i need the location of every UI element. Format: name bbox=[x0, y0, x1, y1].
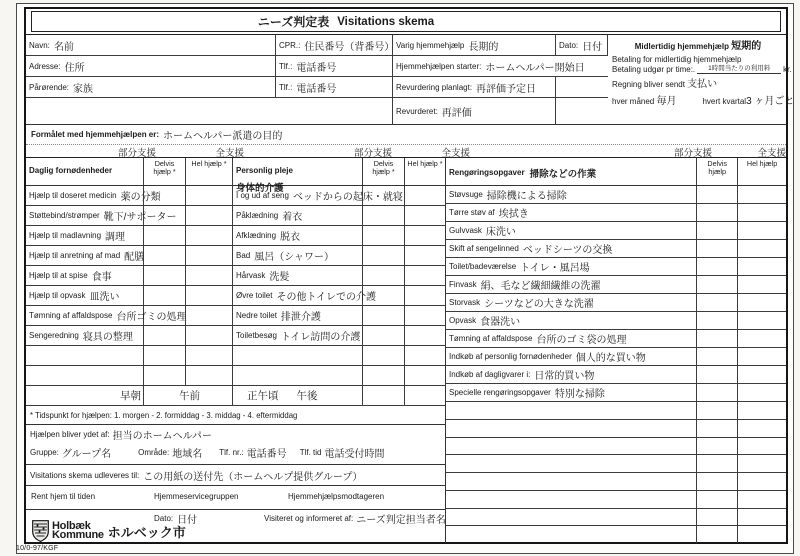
schema-delivered-to-field[interactable]: Visitations skema udleveres til: この用紙の送付… bbox=[26, 465, 445, 486]
rengoring-delvis-cell[interactable] bbox=[697, 384, 738, 401]
relatives-field[interactable]: Pårørende: 家族 bbox=[26, 77, 276, 98]
rengoring-delvis-cell[interactable] bbox=[697, 240, 738, 257]
rengoring-task-label[interactable] bbox=[446, 402, 697, 419]
task-row: Tørre støv af埃拭き bbox=[446, 204, 786, 222]
phone-field-2[interactable]: Tlf.: 電話番号 bbox=[276, 77, 393, 98]
reassessed-field[interactable]: Revurderet: 再評価 bbox=[393, 98, 556, 124]
task-row: Skift af sengelinnedベッドシーツの交換 bbox=[446, 240, 786, 258]
personlig-delvis-cell[interactable] bbox=[363, 206, 405, 225]
rengoring-delvis-cell[interactable] bbox=[697, 491, 738, 508]
name-field[interactable]: Navn: 名前 bbox=[26, 35, 276, 56]
purpose-label-jp: ホームヘルパー派遣の目的 bbox=[163, 127, 282, 142]
rengoring-task-label: Indkøb af dagligvarer i:日常的買い物 bbox=[446, 366, 697, 383]
daglig-hel-cell[interactable] bbox=[186, 286, 233, 305]
name-label-jp: 名前 bbox=[54, 38, 74, 53]
task-row-empty bbox=[446, 402, 786, 420]
daglig-task-label: Sengeredning寝具の整理 bbox=[26, 326, 144, 345]
daglig-delvis-header: Delvis hjælp * bbox=[144, 158, 186, 185]
name-label-da: Navn: bbox=[29, 41, 50, 50]
reassessment-planned-field[interactable]: Revurdering planlagt: 再評価予定日 bbox=[393, 77, 556, 98]
daglig-task-label[interactable] bbox=[26, 366, 144, 385]
rengoring-hel-cell[interactable] bbox=[738, 526, 786, 543]
rengoring-task-label: Specielle rengøringsopgaver特別な掃除 bbox=[446, 384, 697, 401]
task-row: Indkøb af personlig fornødenheder個人的な買い物 bbox=[446, 348, 786, 366]
rengoring-task-label: Gulvvask床洗い bbox=[446, 222, 697, 239]
permanent-help-label-da: Varig hjemmehjælp bbox=[396, 41, 464, 50]
purpose-field[interactable]: Formålet med hjemmehjælpen er: ホームヘルパー派遣… bbox=[26, 125, 786, 144]
rengoring-task-label[interactable] bbox=[446, 473, 697, 490]
daglig-hel-cell[interactable] bbox=[186, 346, 233, 365]
personlig-delvis-cell[interactable] bbox=[363, 246, 405, 265]
rengoring-hel-cell[interactable] bbox=[738, 204, 786, 221]
personlig-task-label: Påklædning着衣 bbox=[233, 206, 363, 225]
time-early-morning: 早朝 bbox=[26, 386, 144, 405]
personlig-delvis-cell[interactable] bbox=[363, 346, 405, 365]
rengoring-task-label[interactable] bbox=[446, 438, 697, 455]
visitation-form: ニーズ判定表 Visitations skema Navn: 名前 CPR.: … bbox=[24, 7, 788, 544]
task-row-empty bbox=[446, 509, 786, 527]
rengoring-hel-cell[interactable] bbox=[738, 312, 786, 329]
task-row-empty bbox=[446, 491, 786, 509]
quarterly-option[interactable]: hvert kvartal3 ヶ月ごと bbox=[702, 92, 794, 107]
personlig-hel-cell[interactable] bbox=[405, 186, 445, 205]
personlig-task-label: I og ud af sengベッドからの起床・就寝 bbox=[233, 186, 363, 205]
daglig-hel-cell[interactable] bbox=[186, 306, 233, 325]
temporary-help-title-da: Midlertidig hjemmehjælp bbox=[635, 42, 729, 51]
daglig-delvis-cell[interactable] bbox=[144, 206, 186, 225]
personlig-hel-cell[interactable] bbox=[405, 306, 445, 325]
task-row: Gulvvask床洗い bbox=[446, 222, 786, 240]
daglig-delvis-cell[interactable] bbox=[144, 246, 186, 265]
daglig-task-label: Hjælp til madlavning調理 bbox=[26, 226, 144, 245]
support-labels-row: 部分支援全支援 部分支援全支援 部分支援全支援 bbox=[26, 144, 786, 157]
rengoring-delvis-cell[interactable] bbox=[697, 258, 738, 275]
daglig-delvis-cell[interactable] bbox=[144, 226, 186, 245]
personlig-hel-cell[interactable] bbox=[405, 226, 445, 245]
permanent-help-label-jp: 長期的 bbox=[468, 38, 498, 53]
fee-underline bbox=[697, 72, 781, 74]
personlig-delvis-cell[interactable] bbox=[363, 366, 405, 385]
rengoring-hel-cell[interactable] bbox=[738, 491, 786, 508]
visited-informed-by-field[interactable]: Visiteret og informeret af: ニーズ判定担当者名 bbox=[264, 511, 446, 526]
help-provided-by-block[interactable]: Hjælpen bliver ydet af: 担当のホームヘルパー Grupp… bbox=[26, 425, 445, 465]
group-area-phone-line: Gruppe:グループ名 Område:地域名 Tlf. nr.:電話番号 Tl… bbox=[30, 445, 445, 460]
personlig-hel-cell[interactable] bbox=[405, 206, 445, 225]
personlig-delvis-cell[interactable] bbox=[363, 186, 405, 205]
task-row-empty bbox=[26, 346, 445, 366]
daglig-delvis-cell[interactable] bbox=[144, 346, 186, 365]
payment-for-temporary-line: Betaling for midlertidig hjemmehjælp bbox=[612, 54, 784, 64]
rengoring-task-label: Opvask食器洗い bbox=[446, 312, 697, 329]
form-title-da: Visitations skema bbox=[337, 16, 434, 28]
form-code: 10/0-97/KGF bbox=[16, 545, 58, 552]
date-label-da: Dato: bbox=[559, 41, 578, 50]
task-row: Indkøb af dagligvarer i:日常的買い物 bbox=[446, 366, 786, 384]
daglig-hel-cell[interactable] bbox=[186, 226, 233, 245]
monthly-option[interactable]: hver måned 毎月 bbox=[612, 92, 676, 107]
rengoring-delvis-cell[interactable] bbox=[697, 276, 738, 293]
task-row: Specielle rengøringsopgaver特別な掃除 bbox=[446, 384, 786, 402]
personlig-hel-cell[interactable] bbox=[405, 346, 445, 365]
rengoring-hel-cell[interactable] bbox=[738, 294, 786, 311]
recipients-row: Rent hjem til tiden Hjemmeservicegruppen… bbox=[26, 486, 445, 510]
daglig-hel-cell[interactable] bbox=[186, 186, 233, 205]
hourly-fee-note-jp: 1時間当たりの利用料 bbox=[697, 66, 781, 72]
task-row-empty bbox=[446, 526, 786, 543]
rengoring-task-label: Indkøb af personlig fornødenheder個人的な買い物 bbox=[446, 348, 697, 365]
task-row: Opvask食器洗い bbox=[446, 312, 786, 330]
rengoring-delvis-header: Delvis hjælp bbox=[697, 158, 738, 185]
temporary-help-title-jp: 短期的 bbox=[731, 41, 761, 52]
daglig-delvis-cell[interactable] bbox=[144, 366, 186, 385]
reassessment-planned-date-cell[interactable] bbox=[556, 77, 608, 98]
task-grid-right: Rengøringsopgaver 掃除などの作業 Delvis hjælp H… bbox=[445, 158, 786, 543]
service-group-label: Hjemmeservicegruppen bbox=[154, 492, 238, 501]
task-row: Hjælp til at spise食事 Hårvask洗髪 bbox=[26, 266, 445, 286]
support-labels-personlig: 部分支援全支援 bbox=[354, 145, 470, 159]
empty-notes-cell[interactable] bbox=[26, 98, 393, 124]
purpose-label-da: Formålet med hjemmehjælpen er: bbox=[31, 130, 159, 139]
personlig-hel-cell[interactable] bbox=[405, 286, 445, 305]
rengoring-hel-cell[interactable] bbox=[738, 455, 786, 472]
rengoring-delvis-cell[interactable] bbox=[697, 473, 738, 490]
personlig-task-label: Bad風呂（シャワー） bbox=[233, 246, 363, 265]
daglig-delvis-cell[interactable] bbox=[144, 286, 186, 305]
task-row: Storvaskシーツなどの大きな洗濯 bbox=[446, 294, 786, 312]
rent-hjem-label: Rent hjem til tiden bbox=[31, 492, 95, 501]
holbaek-kommune-logo: Holbæk Kommune ホルベック市 bbox=[32, 520, 186, 542]
daglig-task-label: Hjælp til at spise食事 bbox=[26, 266, 144, 285]
rengoring-task-label: Støvsuge掃除機による掃除 bbox=[446, 186, 697, 203]
rengoring-task-label: Tørre støv af埃拭き bbox=[446, 204, 697, 221]
personlig-task-label: Toiletbesøgトイレ訪問の介護 bbox=[233, 326, 363, 345]
rengoring-hel-cell[interactable] bbox=[738, 240, 786, 257]
rengoring-hel-cell[interactable] bbox=[738, 258, 786, 275]
personlig-delvis-cell[interactable] bbox=[363, 266, 405, 285]
help-start-field[interactable]: Hjemmehjælpen starter: ホームヘルパー開始日 bbox=[393, 56, 608, 77]
task-row-empty bbox=[446, 455, 786, 473]
task-row: Tømning af affaldspose台所ゴミの処理 Nedre toil… bbox=[26, 306, 445, 326]
personlig-delvis-cell[interactable] bbox=[363, 306, 405, 325]
rengoring-delvis-cell[interactable] bbox=[697, 402, 738, 419]
cpr-label-jp: 住民番号（背番号） bbox=[304, 38, 394, 53]
personlig-hel-cell[interactable] bbox=[405, 366, 445, 385]
temporary-help-title: Midlertidig hjemmehjælp 短期的 bbox=[612, 36, 784, 54]
personlig-hel-cell[interactable] bbox=[405, 266, 445, 285]
temporary-help-box: Midlertidig hjemmehjælp 短期的 Betaling for… bbox=[608, 35, 786, 124]
cpr-field[interactable]: CPR.: 住民番号（背番号） bbox=[276, 35, 393, 56]
rengoring-delvis-cell[interactable] bbox=[697, 330, 738, 347]
personlig-delvis-cell[interactable] bbox=[363, 226, 405, 245]
rengoring-task-label: Tømning af affaldspose台所のゴミ袋の処理 bbox=[446, 330, 697, 347]
rengoring-hel-cell[interactable] bbox=[738, 276, 786, 293]
hourly-fee-blank[interactable]: 1時間当たりの利用料 bbox=[697, 66, 781, 74]
personlig-task-label: Øvre toiletその他トイレでの介護 bbox=[233, 286, 363, 305]
rengoring-delvis-cell[interactable] bbox=[697, 222, 738, 239]
task-row: Hjælp til anretning af mad配膳 Bad風呂（シャワー） bbox=[26, 246, 445, 266]
rengoring-empty-rows bbox=[446, 402, 786, 543]
rengoring-hel-cell[interactable] bbox=[738, 348, 786, 365]
rengoring-hel-header: Hel hjælp bbox=[738, 158, 786, 185]
left-grid-header: Daglig fornødenheder Delvis hjælp * Hel … bbox=[26, 158, 445, 186]
date-field[interactable]: Dato: 日付 bbox=[556, 35, 608, 56]
task-row: Finvask絹、毛など繊細繊維の洗濯 bbox=[446, 276, 786, 294]
task-grid: Daglig fornødenheder Delvis hjælp * Hel … bbox=[26, 157, 786, 543]
time-legend-note: * Tidspunkt for hjælpen: 1. morgen - 2. … bbox=[26, 406, 445, 425]
patient-info-grid: Navn: 名前 CPR.: 住民番号（背番号） Varig hjemmehjæ… bbox=[26, 34, 786, 125]
rengoring-delvis-cell[interactable] bbox=[697, 526, 738, 543]
invoice-frequency-line: hver måned 毎月 hvert kvartal3 ヶ月ごと bbox=[612, 90, 784, 107]
task-grid-left: Daglig fornødenheder Delvis hjælp * Hel … bbox=[26, 158, 445, 543]
task-row-empty bbox=[446, 473, 786, 491]
task-row: Hjælp til opvask皿洗い Øvre toiletその他トイレでの介… bbox=[26, 286, 445, 306]
rengoring-task-label[interactable] bbox=[446, 491, 697, 508]
rengoring-delvis-cell[interactable] bbox=[697, 455, 738, 472]
rengoring-task-label: Toilet/badeværelseトイレ・風呂場 bbox=[446, 258, 697, 275]
rengoring-delvis-cell[interactable] bbox=[697, 509, 738, 526]
rengoring-delvis-cell[interactable] bbox=[697, 366, 738, 383]
reassessed-date-cell[interactable] bbox=[556, 98, 608, 124]
support-labels-rengoring: 部分支援全支援 bbox=[674, 145, 786, 159]
rengoring-task-label[interactable] bbox=[446, 526, 697, 543]
invoice-sent-line: Regning bliver sendt 支払い bbox=[612, 74, 784, 90]
rengoring-delvis-cell[interactable] bbox=[697, 312, 738, 329]
personlig-hel-cell[interactable] bbox=[405, 246, 445, 265]
daglig-hel-cell[interactable] bbox=[186, 366, 233, 385]
rengoring-hel-cell[interactable] bbox=[738, 420, 786, 437]
rengoring-delvis-cell[interactable] bbox=[697, 348, 738, 365]
daglig-delvis-cell[interactable] bbox=[144, 326, 186, 345]
signature-logo-row: Dato: 日付 Visiteret og informeret af: ニーズ… bbox=[26, 510, 445, 544]
time-forenoon: 午前 bbox=[144, 386, 233, 405]
daglig-delvis-cell[interactable] bbox=[144, 306, 186, 325]
form-title-jp: ニーズ判定表 bbox=[258, 13, 329, 30]
rengoring-hel-cell[interactable] bbox=[738, 384, 786, 401]
rengoring-task-label: Skift af sengelinnedベッドシーツの交換 bbox=[446, 240, 697, 257]
rengoring-task-label[interactable] bbox=[446, 509, 697, 526]
time-hel-cell[interactable] bbox=[405, 386, 445, 405]
personlig-task-label[interactable] bbox=[233, 366, 363, 385]
daglig-hel-cell[interactable] bbox=[186, 246, 233, 265]
task-row-empty bbox=[446, 420, 786, 438]
task-row: Støvsuge掃除機による掃除 bbox=[446, 186, 786, 204]
daglig-task-label: Hjælp til opvask皿洗い bbox=[26, 286, 144, 305]
cpr-label-da: CPR.: bbox=[279, 41, 300, 50]
task-row: Støttebind/strømper靴下/サポーター Påklædning着衣 bbox=[26, 206, 445, 226]
task-row-empty bbox=[26, 366, 445, 386]
daglig-hel-cell[interactable] bbox=[186, 266, 233, 285]
rengoring-hel-cell[interactable] bbox=[738, 366, 786, 383]
personlig-delvis-cell[interactable] bbox=[363, 286, 405, 305]
time-of-day-row: 早朝 午前 正午頃午後 bbox=[26, 386, 445, 406]
daglig-hel-cell[interactable] bbox=[186, 326, 233, 345]
rengoring-hel-cell[interactable] bbox=[738, 438, 786, 455]
daglig-section-title: Daglig fornødenheder bbox=[26, 158, 144, 185]
task-row: Toilet/badeværelseトイレ・風呂場 bbox=[446, 258, 786, 276]
logo-city-name-jp: ホルベック市 bbox=[108, 522, 186, 541]
phone-field-1[interactable]: Tlf.: 電話番号 bbox=[276, 56, 393, 77]
rengoring-hel-cell[interactable] bbox=[738, 473, 786, 490]
rengoring-hel-cell[interactable] bbox=[738, 222, 786, 239]
personlig-hel-header: Hel hjælp * bbox=[405, 158, 445, 185]
daglig-task-label[interactable] bbox=[26, 346, 144, 365]
logo-wordmark: Holbæk Kommune bbox=[52, 522, 104, 540]
rengoring-hel-cell[interactable] bbox=[738, 402, 786, 419]
personlig-delvis-header: Delvis hjælp * bbox=[363, 158, 405, 185]
rengoring-task-label: Finvask絹、毛など繊細繊維の洗濯 bbox=[446, 276, 697, 293]
personlig-delvis-cell[interactable] bbox=[363, 326, 405, 345]
date-label-jp: 日付 bbox=[582, 38, 602, 53]
rengoring-delvis-cell[interactable] bbox=[697, 438, 738, 455]
payment-per-hour-line: Betaling udgør pr time:.1時間当たりの利用料kr. bbox=[612, 64, 784, 74]
daglig-hel-cell[interactable] bbox=[186, 206, 233, 225]
rengoring-task-label[interactable] bbox=[446, 455, 697, 472]
form-title-box: ニーズ判定表 Visitations skema bbox=[31, 11, 781, 32]
personlig-hel-cell[interactable] bbox=[405, 326, 445, 345]
personlig-task-label: Nedre toilet排泄介護 bbox=[233, 306, 363, 325]
support-labels-daglig: 部分支援全支援 bbox=[118, 145, 244, 159]
rengoring-hel-cell[interactable] bbox=[738, 186, 786, 203]
daglig-task-label: Hjælp til anretning af mad配膳 bbox=[26, 246, 144, 265]
daglig-task-label: Tømning af affaldspose台所ゴミの処理 bbox=[26, 306, 144, 325]
time-noon-afternoon: 正午頃午後 bbox=[233, 386, 363, 405]
right-grid-header: Rengøringsopgaver 掃除などの作業 Delvis hjælp H… bbox=[446, 158, 786, 186]
time-delvis-cell[interactable] bbox=[363, 386, 405, 405]
task-row: Sengeredning寝具の整理 Toiletbesøgトイレ訪問の介護 bbox=[26, 326, 445, 346]
task-row: Tømning af affaldspose台所のゴミ袋の処理 bbox=[446, 330, 786, 348]
personlig-task-label[interactable] bbox=[233, 346, 363, 365]
rengoring-hel-cell[interactable] bbox=[738, 330, 786, 347]
task-row-empty bbox=[446, 438, 786, 456]
personlig-task-label: Hårvask洗髪 bbox=[233, 266, 363, 285]
daglig-task-label: Hjælp til doseret medicin薬の分類 bbox=[26, 186, 144, 205]
rengoring-task-label: Storvaskシーツなどの大きな洗濯 bbox=[446, 294, 697, 311]
rengoring-section-title: Rengøringsopgaver 掃除などの作業 bbox=[446, 158, 697, 185]
address-field[interactable]: Adresse: 住所 bbox=[26, 56, 276, 77]
rengoring-delvis-cell[interactable] bbox=[697, 420, 738, 437]
daglig-task-label: Støttebind/strømper靴下/サポーター bbox=[26, 206, 144, 225]
rengoring-delvis-cell[interactable] bbox=[697, 186, 738, 203]
task-row: Hjælp til madlavning調理 Afklædning脱衣 bbox=[26, 226, 445, 246]
holbaek-crest-icon bbox=[32, 520, 49, 542]
help-provided-by-line: Hjælpen bliver ydet af: 担当のホームヘルパー bbox=[30, 427, 445, 442]
daglig-delvis-cell[interactable] bbox=[144, 186, 186, 205]
rengoring-task-label[interactable] bbox=[446, 420, 697, 437]
rengoring-hel-cell[interactable] bbox=[738, 509, 786, 526]
personlig-section-title: Personlig pleje身体的介護 bbox=[233, 158, 363, 185]
help-recipient-label: Hjemmehjælpsmodtageren bbox=[288, 492, 384, 501]
daglig-delvis-cell[interactable] bbox=[144, 266, 186, 285]
rengoring-delvis-cell[interactable] bbox=[697, 294, 738, 311]
rengoring-delvis-cell[interactable] bbox=[697, 204, 738, 221]
daglig-hel-header: Hel hjælp * bbox=[186, 158, 233, 185]
permanent-help-field[interactable]: Varig hjemmehjælp 長期的 bbox=[393, 35, 556, 56]
personlig-task-label: Afklædning脱衣 bbox=[233, 226, 363, 245]
task-row: Hjælp til doseret medicin薬の分類 I og ud af… bbox=[26, 186, 445, 206]
